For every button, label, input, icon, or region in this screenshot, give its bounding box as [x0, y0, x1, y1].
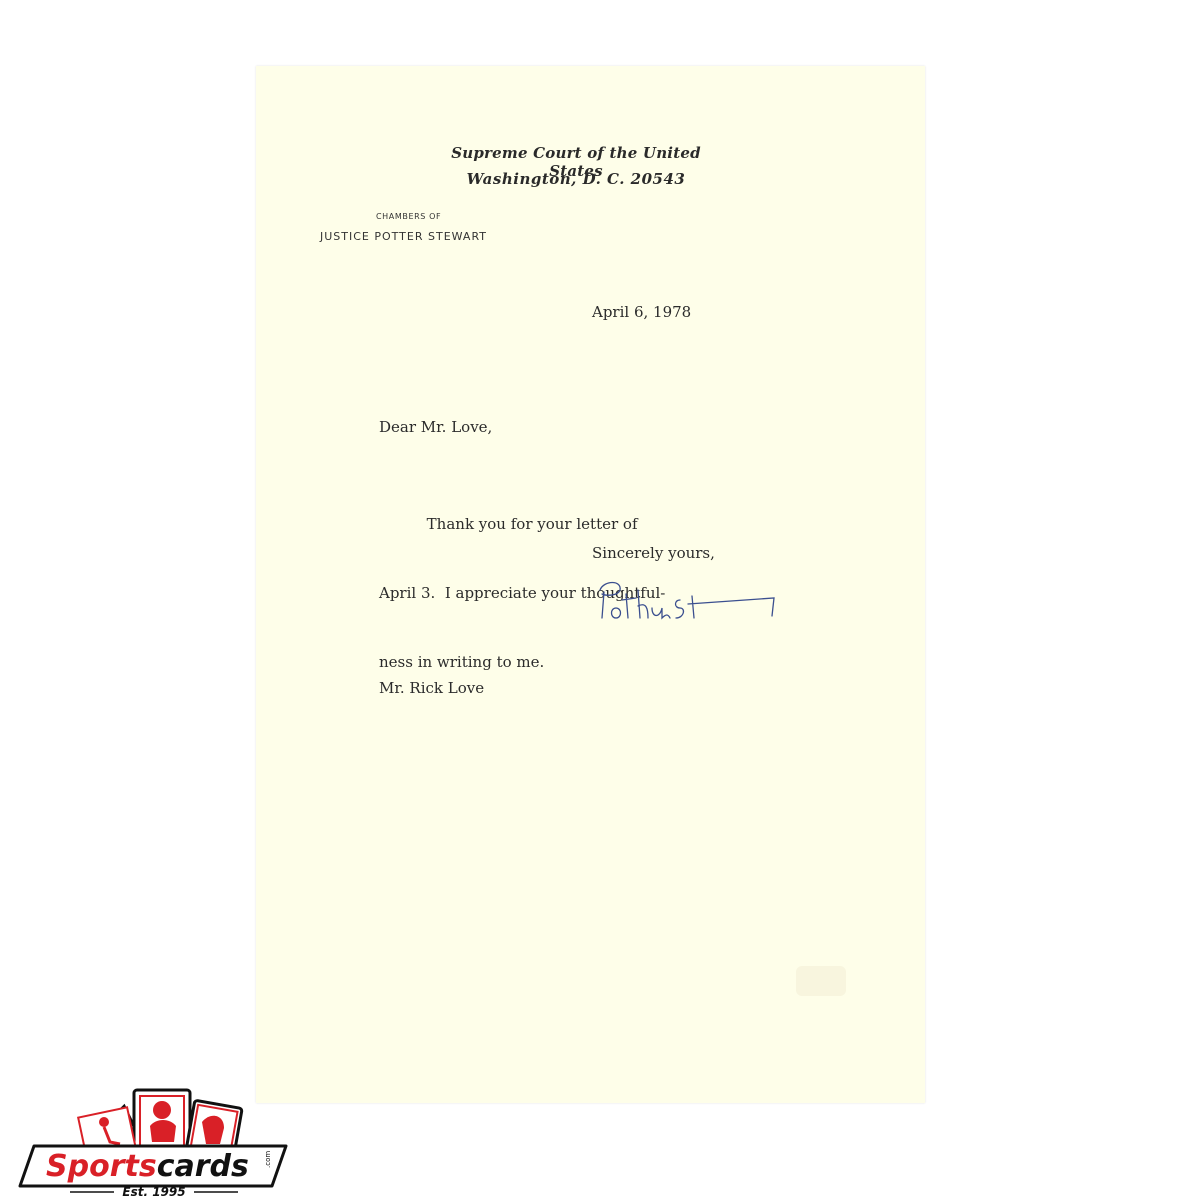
chambers-of-label: CHAMBERS OF: [376, 212, 441, 221]
letter-recipient: Mr. Rick Love: [379, 677, 484, 700]
signature-image: [596, 578, 796, 628]
body-line: ness in writing to me.: [379, 651, 665, 674]
letter-closing: Sincerely yours,: [592, 542, 715, 565]
sportscards-logo: Sportscards .com Est. 1995: [10, 1082, 300, 1200]
letter-salutation: Dear Mr. Love,: [379, 416, 492, 439]
faint-stamp-mark: [796, 966, 846, 996]
logo-suffix: .com: [264, 1151, 272, 1168]
letter-paper: Supreme Court of the United States Washi…: [256, 66, 925, 1103]
logo-brand-text: Sportscards: [46, 1149, 249, 1184]
logo-established: Est. 1995: [122, 1185, 185, 1199]
body-line: Thank you for your letter of: [379, 513, 665, 536]
letterhead-address: Washington, D. C. 20543: [426, 170, 726, 188]
letter-date: April 6, 1978: [592, 301, 691, 324]
justice-name: JUSTICE POTTER STEWART: [320, 230, 487, 243]
